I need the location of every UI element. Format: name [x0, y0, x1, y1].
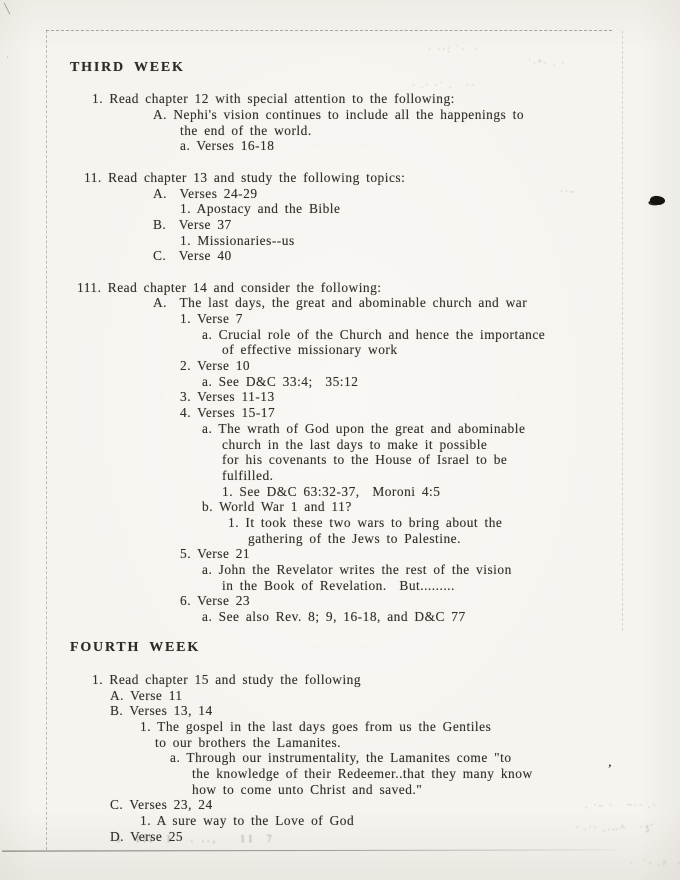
document-line: 1. A sure way to the Love of God: [0, 813, 680, 829]
document-line: B. Verses 13, 14: [0, 703, 680, 719]
document-line: to our brothers the Lamanites.: [0, 735, 680, 751]
document-line: 111. Read chapter 14 and consider the fo…: [0, 280, 680, 296]
document-line: a. Verses 16-18: [0, 138, 680, 154]
document-line: 5. Verse 21: [0, 546, 680, 562]
document-line: b. World War 1 and 11?: [0, 499, 680, 515]
document-line: 3. Verses 11-13: [0, 389, 680, 405]
document-line: [0, 656, 680, 672]
document-line: the knowledge of their Redeemer..that th…: [0, 766, 680, 782]
document-line: [0, 625, 680, 641]
document-line: 1. The gospel in the last days goes from…: [0, 719, 680, 735]
document-line: A. The last days, the great and abominab…: [0, 295, 680, 311]
document-line: of effective missionary work: [0, 342, 680, 358]
document-body: THIRD WEEK 1. Read chapter 12 with speci…: [0, 60, 680, 844]
document-line: gathering of the Jews to Palestine.: [0, 531, 680, 547]
document-line: for his covenants to the House of Israel…: [0, 452, 680, 468]
scan-border-bottom: [2, 849, 616, 851]
document-line: a. Crucial role of the Church and hence …: [0, 327, 680, 343]
document-line: church in the last days to make it possi…: [0, 437, 680, 453]
section-heading: THIRD WEEK: [0, 60, 680, 76]
document-line: [0, 154, 680, 170]
document-line: A. Nephi's vision continues to include a…: [0, 107, 680, 123]
document-line: in the Book of Revelation. But.........: [0, 578, 680, 594]
scan-border-top: [46, 30, 612, 31]
document-line: D. Verse 25: [0, 829, 680, 845]
document-line: 1. See D&C 63:32-37, Moroni 4:5: [0, 484, 680, 500]
document-line: 1. Verse 7: [0, 311, 680, 327]
document-line: B. Verse 37: [0, 217, 680, 233]
document-line: a. The wrath of God upon the great and a…: [0, 421, 680, 437]
document-line: 1. Missionaries--us: [0, 233, 680, 249]
document-line: 1. Apostacy and the Bible: [0, 201, 680, 217]
document-line: A. Verse 11: [0, 688, 680, 704]
document-line: fulfilled.: [0, 468, 680, 484]
section-heading: FOURTH WEEK: [0, 640, 680, 656]
document-line: [0, 76, 680, 92]
document-line: 1. Read chapter 12 with special attentio…: [0, 91, 680, 107]
document-line: a. See also Rev. 8; 9, 16-18, and D&C 77: [0, 609, 680, 625]
pencil-scribble: · ˙· .˄ ·ˆ: [630, 858, 680, 868]
document-line: 11. Read chapter 13 and study the follow…: [0, 170, 680, 186]
document-line: C. Verses 23, 24: [0, 797, 680, 813]
corner-mark: ╲: [4, 4, 10, 15]
document-line: the end of the world.: [0, 123, 680, 139]
document-line: a. See D&C 33:4; 35:12: [0, 374, 680, 390]
document-line: 6. Verse 23: [0, 593, 680, 609]
document-line: [0, 264, 680, 280]
document-line: how to come unto Christ and saved.": [0, 782, 680, 798]
document-line: 4. Verses 15-17: [0, 405, 680, 421]
document-line: 1. Read chapter 15 and study the followi…: [0, 672, 680, 688]
document-line: a. John the Revelator writes the rest of…: [0, 562, 680, 578]
document-line: 1. It took these two wars to bring about…: [0, 515, 680, 531]
ghost-smudge: · ··: ˙· ·: [428, 44, 479, 54]
scanned-page: { "document": { "lines": [ {"ind":"h","t…: [0, 0, 680, 880]
document-line: 2. Verse 10: [0, 358, 680, 374]
document-line: A. Verses 24-29: [0, 186, 680, 202]
document-line: a. Through our instrumentality, the Lama…: [0, 750, 680, 766]
document-line: C. Verse 40: [0, 248, 680, 264]
